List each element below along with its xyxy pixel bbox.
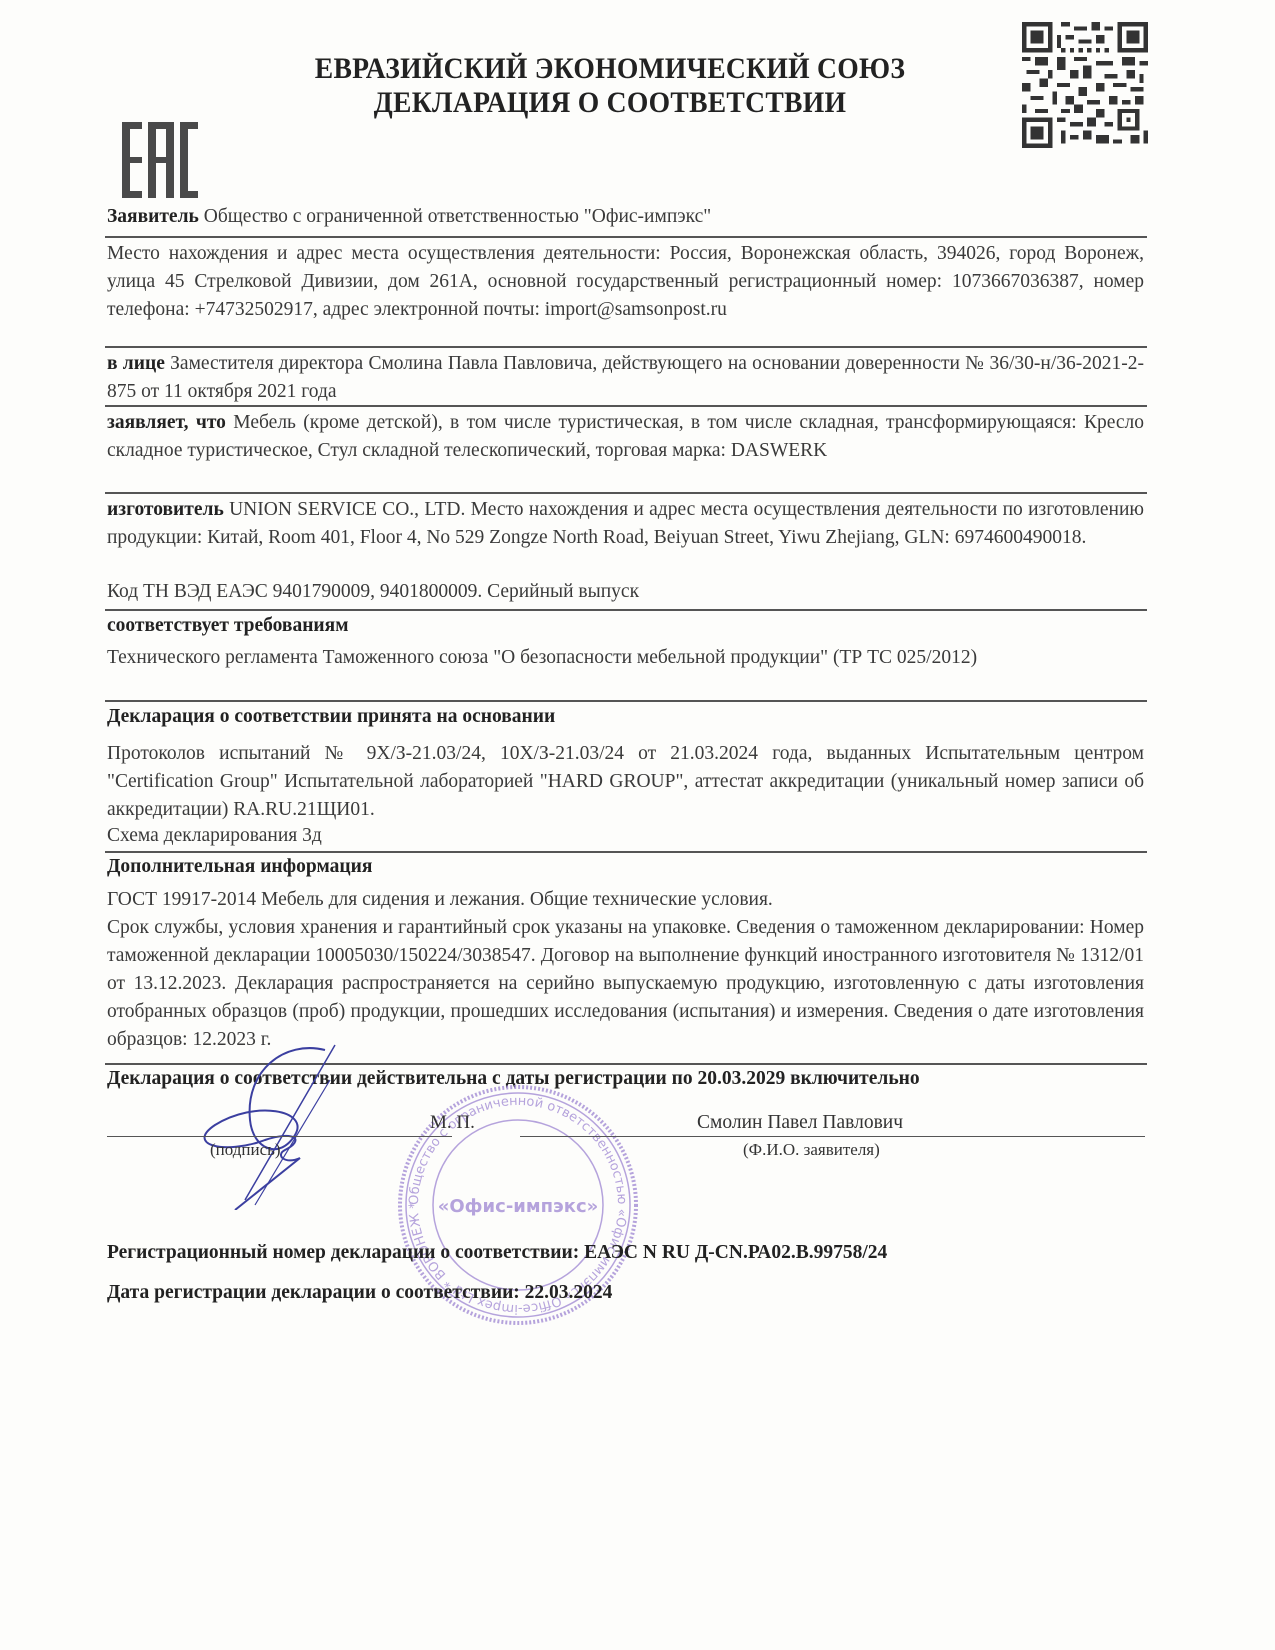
union-title: ЕВРАЗИЙСКИЙ ЭКОНОМИЧЕСКИЙ СОЮЗ — [279, 52, 941, 86]
additional-heading: Дополнительная информация — [107, 853, 1144, 881]
manufacturer-value: UNION SERVICE CO., LTD. Место нахождения… — [107, 499, 1144, 548]
declares-label: заявляет, что — [107, 412, 226, 433]
represented-by-value: Заместителя директора Смолина Павла Павл… — [107, 353, 1144, 402]
name-line — [520, 1136, 1145, 1137]
address-text: Место нахождения и адрес места осуществл… — [107, 240, 1144, 324]
divider — [105, 346, 1147, 348]
declares-value: Мебель (кроме детской), в том числе тури… — [107, 412, 1144, 461]
declares-row: заявляет, что Мебель (кроме детской), в … — [107, 409, 1144, 465]
registration-date: Дата регистрации декларации о соответств… — [107, 1282, 612, 1304]
seal-placeholder-label: М. П. — [430, 1112, 475, 1134]
divider — [105, 492, 1147, 494]
conforms-heading: соответствует требованиям — [107, 612, 1144, 640]
applicant-value: Общество с ограниченной ответственностью… — [204, 206, 712, 227]
signer-name: Смолин Павел Павлович — [697, 1112, 903, 1134]
gost-standard: ГОСТ 19917-2014 Мебель для сидения и леж… — [107, 886, 1144, 914]
divider — [105, 609, 1147, 611]
handwritten-signature — [185, 1040, 385, 1210]
manufacturer-row: изготовитель UNION SERVICE CO., LTD. Мес… — [107, 496, 1144, 552]
basis-heading: Декларация о соответствии принята на осн… — [107, 703, 1144, 731]
qr-code-icon — [1022, 22, 1148, 148]
registration-number: Регистрационный номер декларации о соотв… — [107, 1242, 887, 1264]
divider — [105, 236, 1147, 238]
hs-code: Код ТН ВЭД ЕАЭС 9401790009, 9401800009. … — [107, 578, 1144, 606]
document-title: ДЕКЛАРАЦИЯ О СООТВЕТСТВИИ — [279, 86, 941, 120]
signature-line — [107, 1136, 452, 1137]
signer-caption: (Ф.И.О. заявителя) — [743, 1140, 880, 1160]
manufacturer-label: изготовитель — [107, 499, 224, 520]
represented-by-label: в лице — [107, 353, 165, 374]
basis-value: Протоколов испытаний № 9Х/З-21.03/24, 10… — [107, 740, 1144, 824]
signature-caption: (подпись) — [210, 1140, 281, 1160]
divider — [105, 700, 1147, 702]
additional-text: Срок службы, условия хранения и гарантий… — [107, 914, 1144, 1054]
declaration-scheme: Схема декларирования 3д — [107, 822, 1144, 850]
declaration-page: ЕВРАЗИЙСКИЙ ЭКОНОМИЧЕСКИЙ СОЮЗ ДЕКЛАРАЦИ… — [0, 0, 1275, 1650]
stamp-center-text: «Офис-импэкс» — [438, 1196, 599, 1217]
divider — [105, 405, 1147, 407]
represented-by-row: в лице Заместителя директора Смолина Пав… — [107, 350, 1144, 406]
conforms-value: Технического регламента Таможенного союз… — [107, 644, 1144, 672]
eac-mark-icon — [120, 120, 200, 200]
applicant-label: Заявитель — [107, 206, 199, 227]
applicant-row: Заявитель Общество с ограниченной ответс… — [107, 203, 1144, 231]
